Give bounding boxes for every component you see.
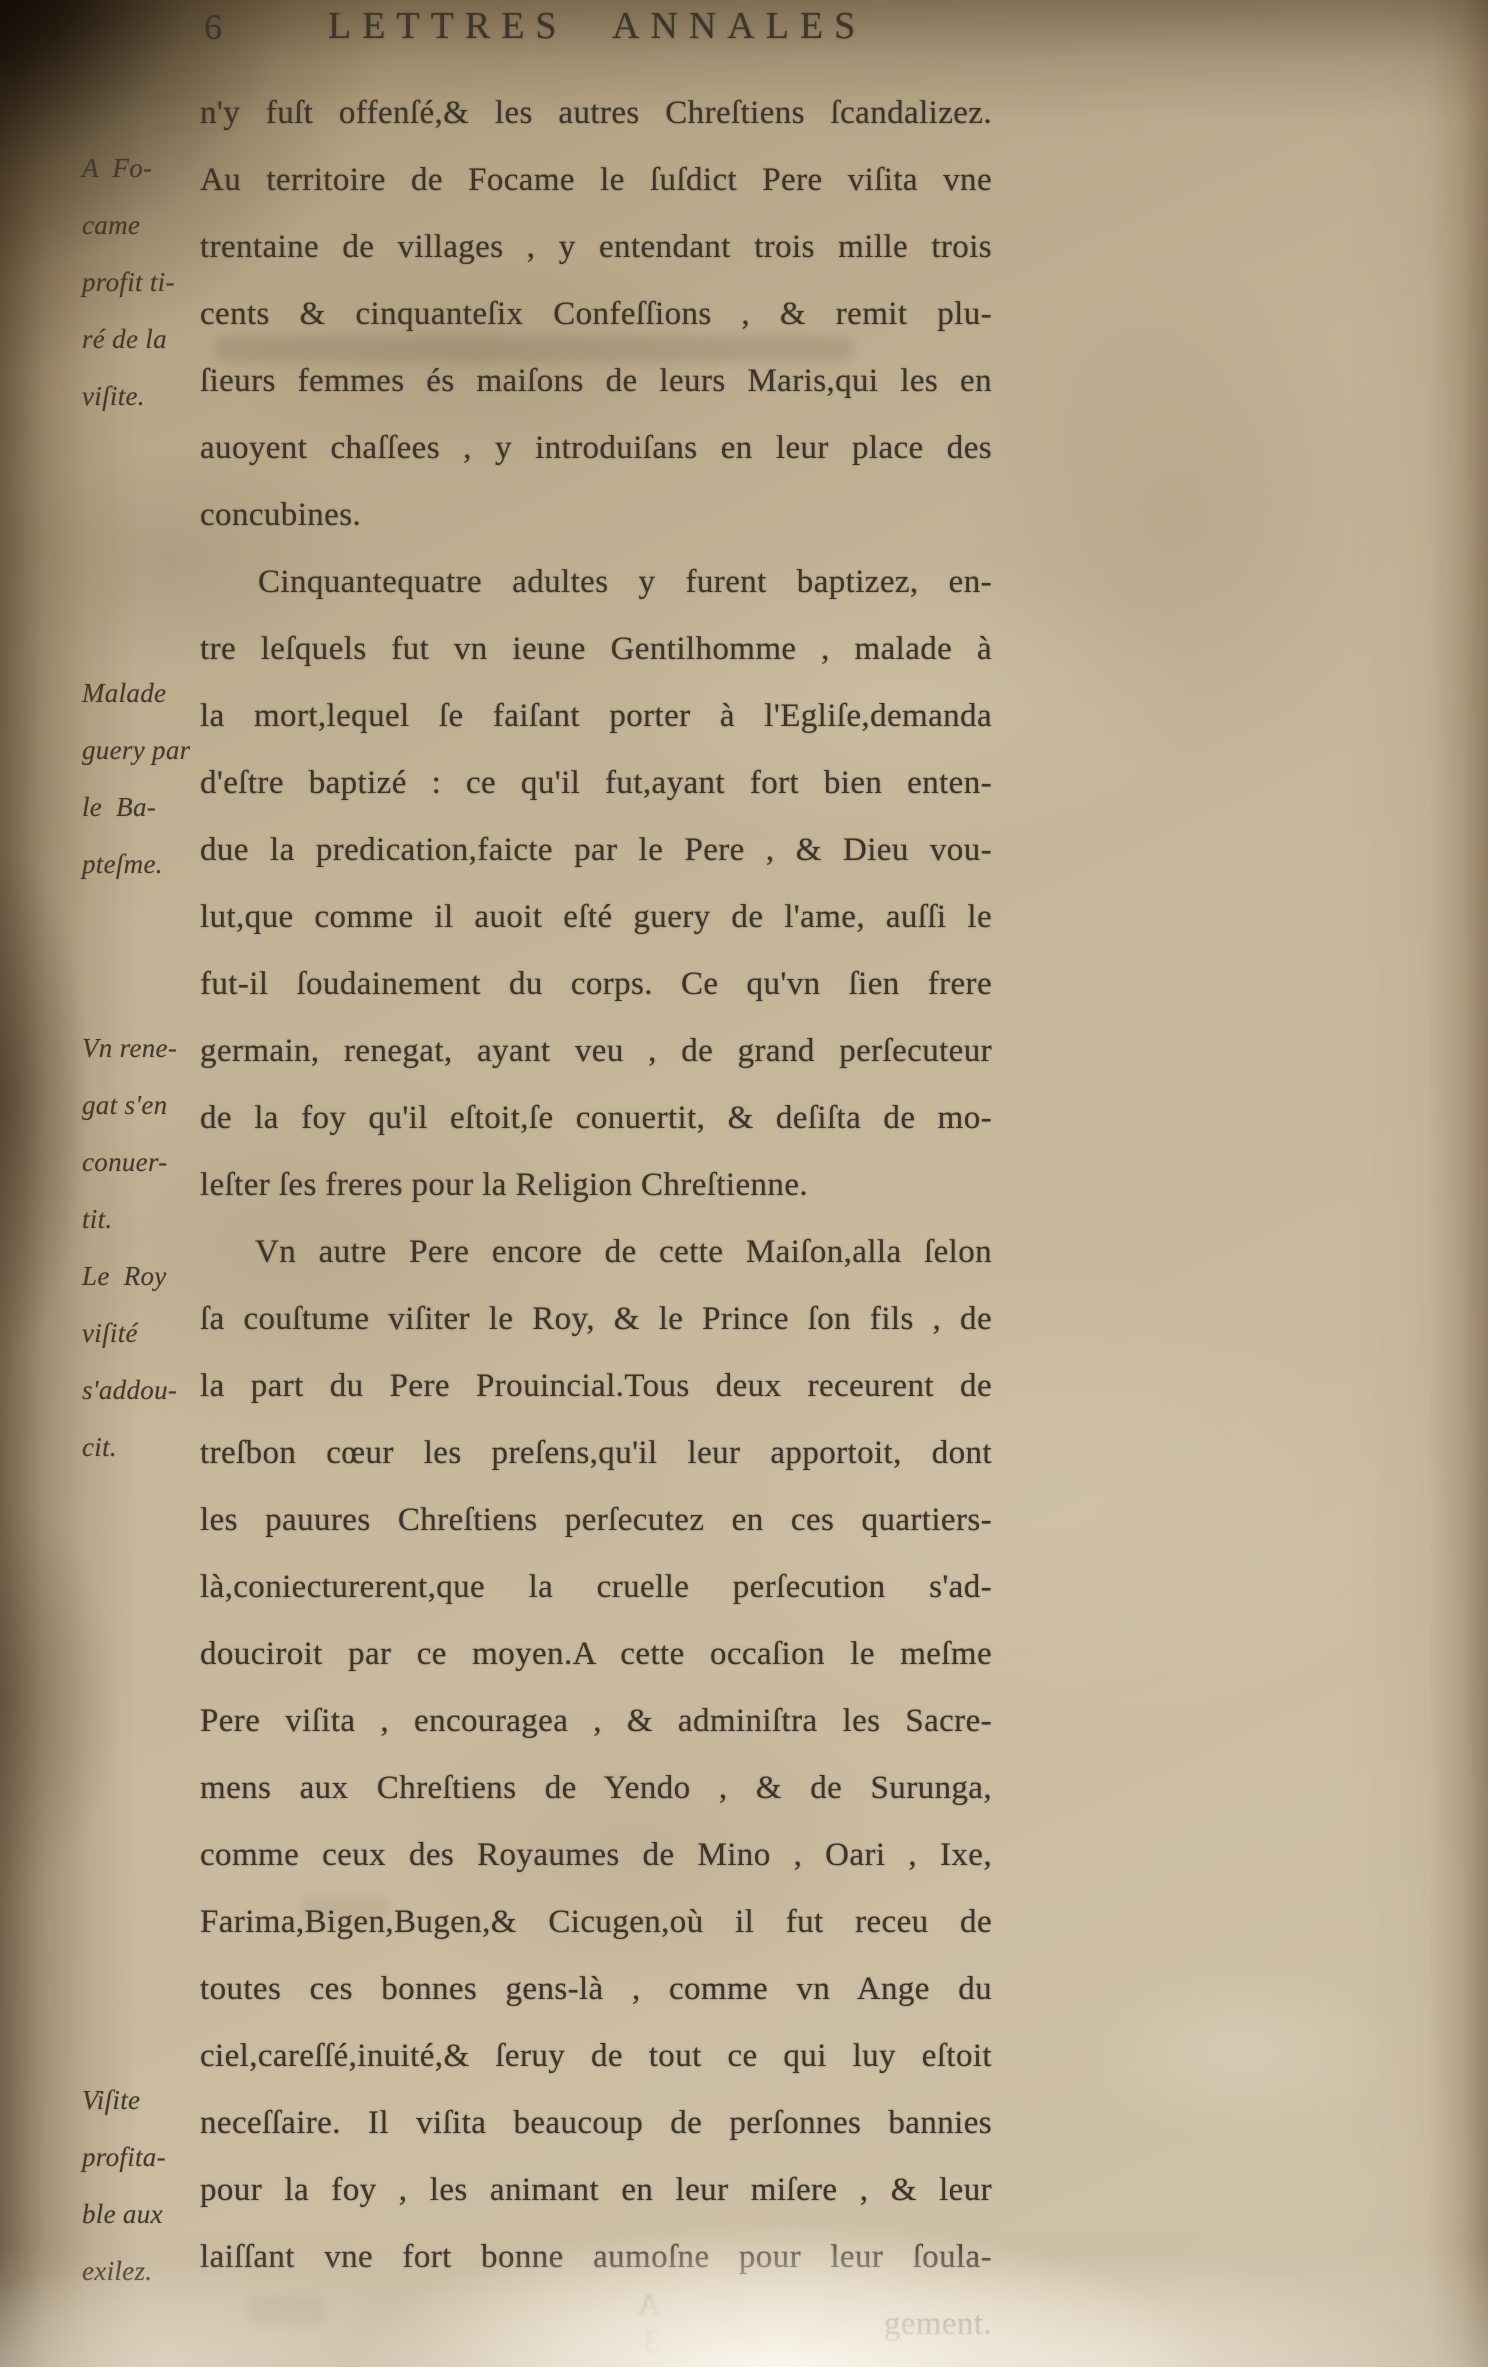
body-text-line: Pere viſita , encouragea , & adminiſtra … — [200, 1688, 992, 1755]
margin-note: Vn rene-gat s'enconuer-tit. — [82, 1020, 204, 1248]
margin-note-line: pteſme. — [82, 836, 204, 893]
margin-note-line: tit. — [82, 1191, 204, 1248]
margin-note-line: guery par — [82, 722, 204, 779]
body-text-line: fut-il ſoudainement du corps. Ce qu'vn ſ… — [200, 951, 992, 1018]
body-text-line: tre leſquels fut vn ieune Gentilhomme , … — [200, 616, 992, 683]
margin-note-line: conuer- — [82, 1134, 204, 1191]
body-text-line: concubines. — [200, 482, 992, 549]
margin-note-line: profit ti- — [82, 254, 204, 311]
margin-note-line: came — [82, 197, 204, 254]
body-text-line: due la predication,faicte par le Pere , … — [200, 817, 992, 884]
body-text-line: treſbon cœur les preſens,qu'il leur appo… — [200, 1420, 992, 1487]
margin-note: Maladeguery parle Ba-pteſme. — [82, 665, 204, 893]
body-text-line: trentaine de villages , y entendant troi… — [200, 214, 992, 281]
body-text-column: n'y fuſt offenſé,& les autres Chreſtiens… — [200, 80, 992, 2358]
book-page-scan: 6 LETTRES ANNALES A Fo-cameprofit ti-ré … — [0, 0, 1488, 2367]
margin-note-line: viſité — [82, 1305, 204, 1362]
body-text-line: douciroit par ce moyen.A cette occaſion … — [200, 1621, 992, 1688]
body-text-line: les pauures Chreſtiens perſecutez en ces… — [200, 1487, 992, 1554]
body-text-line: d'eſtre baptizé : ce qu'il fut,ayant for… — [200, 750, 992, 817]
margin-note-line: ré de la — [82, 311, 204, 368]
margin-note-line: exilez. — [82, 2243, 204, 2300]
margin-note-line: gat s'en — [82, 1077, 204, 1134]
body-text-line: ciel,careſſé,inuité,& ſeruy de tout ce q… — [200, 2023, 992, 2090]
margin-note: A Fo-cameprofit ti-ré de laviſite. — [82, 140, 204, 425]
body-text-line: la part du Pere Prouincial.Tous deux rec… — [200, 1353, 992, 1420]
body-text-line: auoyent chaſſees , y introduiſans en leu… — [200, 415, 992, 482]
body-text-line: Au territoire de Focame le ſuſdict Pere … — [200, 147, 992, 214]
body-text-line: Vn autre Pere encore de cette Maiſon,all… — [200, 1219, 992, 1286]
body-text-line: leſter ſes freres pour la Religion Chreſ… — [200, 1152, 992, 1219]
margin-note-line: Malade — [82, 665, 204, 722]
body-text-line: Farima,Bigen,Bugen,& Cicugen,où il fut r… — [200, 1889, 992, 1956]
margin-note-line: le Ba- — [82, 779, 204, 836]
body-text-line: toutes ces bonnes gens-là , comme vn Ang… — [200, 1956, 992, 2023]
margin-note-line: s'addou- — [82, 1362, 204, 1419]
body-text-line: lut,que comme il auoit eſté guery de l'a… — [200, 884, 992, 951]
body-text-line: laiſſant vne fort bonne aumoſne pour leu… — [200, 2224, 992, 2291]
running-title: LETTRES ANNALES — [328, 4, 866, 48]
body-text-line: cents & cinquanteſix Confeſſions , & rem… — [200, 281, 992, 348]
margin-note-line: cit. — [82, 1419, 204, 1476]
body-text-line: n'y fuſt offenſé,& les autres Chreſtiens… — [200, 80, 992, 147]
body-text-line: de la foy qu'il eſtoit,ſe conuertit, & d… — [200, 1085, 992, 1152]
page-number: 6 — [204, 6, 222, 48]
body-text-line: comme ceux des Royaumes de Mino , Oari ,… — [200, 1822, 992, 1889]
signature-mark-show-through: A 3 — [540, 2286, 660, 2360]
margin-note-line: ble aux — [82, 2186, 204, 2243]
margin-note-line: Vn rene- — [82, 1020, 204, 1077]
body-text-line: Cinquantequatre adultes y furent baptize… — [200, 549, 992, 616]
margin-note-line: Le Roy — [82, 1248, 204, 1305]
margin-note-line: Viſite — [82, 2072, 204, 2129]
margin-note-line: A Fo- — [82, 140, 204, 197]
body-text-line: là,coniecturerent,que la cruelle perſecu… — [200, 1554, 992, 1621]
body-text-line: ſa couſtume viſiter le Roy, & le Prince … — [200, 1286, 992, 1353]
body-text-line: mens aux Chreſtiens de Yendo , & de Suru… — [200, 1755, 992, 1822]
margin-note: Le Royviſités'addou-cit. — [82, 1248, 204, 1476]
margin-note: Viſiteprofita-ble auxexilez. — [82, 2072, 204, 2300]
margin-note-line: viſite. — [82, 368, 204, 425]
body-text-line: la mort,lequel ſe faiſant porter à l'Egl… — [200, 683, 992, 750]
body-text-line: pour la foy , les animant en leur miſere… — [200, 2157, 992, 2224]
margin-note-line: profita- — [82, 2129, 204, 2186]
body-text-line: neceſſaire. Il viſita beaucoup de perſon… — [200, 2090, 992, 2157]
body-text-line: germain, renegat, ayant veu , de grand p… — [200, 1018, 992, 1085]
body-text-line: ſieurs femmes és maiſons de leurs Maris,… — [200, 348, 992, 415]
